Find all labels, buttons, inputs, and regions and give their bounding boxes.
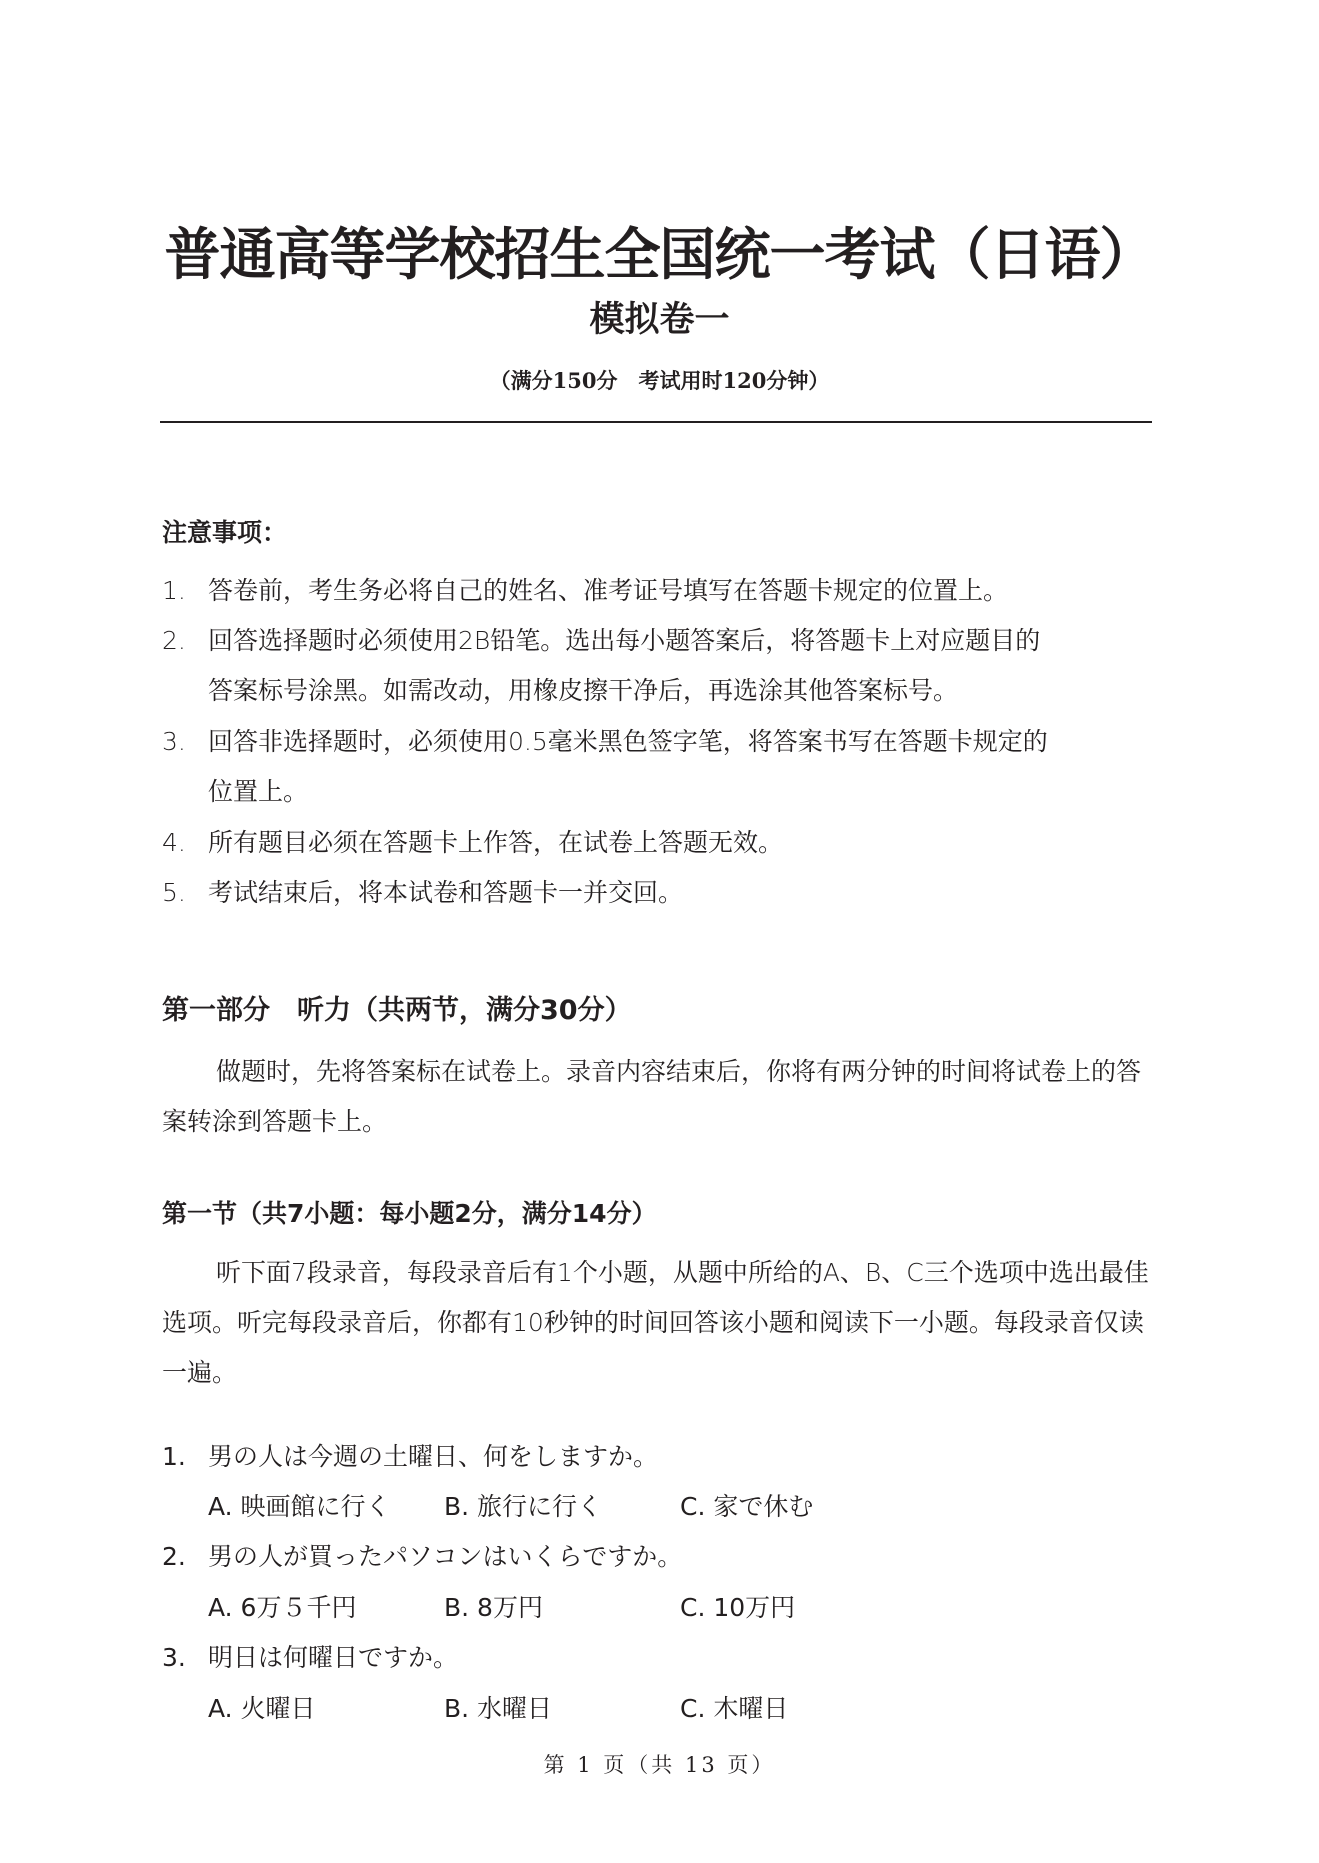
question-number: 1. xyxy=(162,1432,186,1482)
notice-item-number: 3. xyxy=(162,717,202,767)
option-b: B. 旅行に行く xyxy=(444,1482,602,1532)
option-b: B. 水曜日 xyxy=(444,1684,552,1734)
notice-item-number: 4. xyxy=(162,818,202,868)
exam-subtitle: 模拟卷一 xyxy=(0,298,1319,342)
exam-title: 普通高等学校招生全国统一考试（日语） xyxy=(0,220,1319,290)
notice-item-text: 回答非选择题时，必须使用0.5毫米黑色签字笔，将答案书写在答题卡规定的 xyxy=(208,717,1158,767)
notice-item-text: 考试结束后，将本试卷和答题卡一并交回。 xyxy=(208,868,1158,918)
section-instructions: 听下面7段录音，每段录音后有1个小题，从题中所给的A、B、C三个选项中选出最佳选… xyxy=(162,1248,1154,1398)
option-a: A. 映画館に行く xyxy=(208,1482,391,1532)
question-text: 男の人は今週の土曜日、何をしますか。 xyxy=(208,1432,658,1482)
header-divider xyxy=(160,421,1152,423)
page-footer: 第 1 页（共 13 页） xyxy=(0,1751,1319,1779)
question-text: 明日は何曜日ですか。 xyxy=(208,1633,458,1683)
notice-heading: 注意事项： xyxy=(162,516,287,550)
option-a: A. 火曜日 xyxy=(208,1684,316,1734)
question-text: 男の人が買ったパソコンはいくらですか。 xyxy=(208,1532,682,1582)
question-number: 3. xyxy=(162,1633,186,1683)
notice-item-text: 位置上。 xyxy=(208,767,1158,817)
option-a: A. 6万５千円 xyxy=(208,1583,356,1633)
notice-item-number: 5. xyxy=(162,868,202,918)
notice-item-number: 2. xyxy=(162,616,202,666)
option-c: C. 10万円 xyxy=(680,1583,795,1633)
notice-item-text: 答卷前，考生务必将自己的姓名、准考证号填写在答题卡规定的位置上。 xyxy=(208,566,1158,616)
section-heading: 第一节（共7小题：每小题2分，满分14分） xyxy=(162,1197,657,1231)
notice-item-text: 回答选择题时必须使用2B铅笔。选出每小题答案后，将答题卡上对应题目的 xyxy=(208,616,1158,666)
part-heading: 第一部分 听力（共两节，满分30分） xyxy=(162,993,632,1029)
option-c: C. 木曜日 xyxy=(680,1684,788,1734)
notice-item-text: 所有题目必须在答题卡上作答，在试卷上答题无效。 xyxy=(208,818,1158,868)
score-info: （满分150分 考试用时120分钟） xyxy=(0,367,1319,395)
question-number: 2. xyxy=(162,1532,186,1582)
part-instructions: 做题时，先将答案标在试卷上。录音内容结束后，你将有两分钟的时间将试卷上的答案转涂… xyxy=(162,1047,1154,1147)
notice-item-text: 答案标号涂黑。如需改动，用橡皮擦干净后，再选涂其他答案标号。 xyxy=(208,666,1158,716)
notice-item-number: 1. xyxy=(162,566,202,616)
exam-page: 普通高等学校招生全国统一考试（日语） 模拟卷一 （满分150分 考试用时120分… xyxy=(0,0,1319,1863)
option-b: B. 8万円 xyxy=(444,1583,543,1633)
option-c: C. 家で休む xyxy=(680,1482,813,1532)
